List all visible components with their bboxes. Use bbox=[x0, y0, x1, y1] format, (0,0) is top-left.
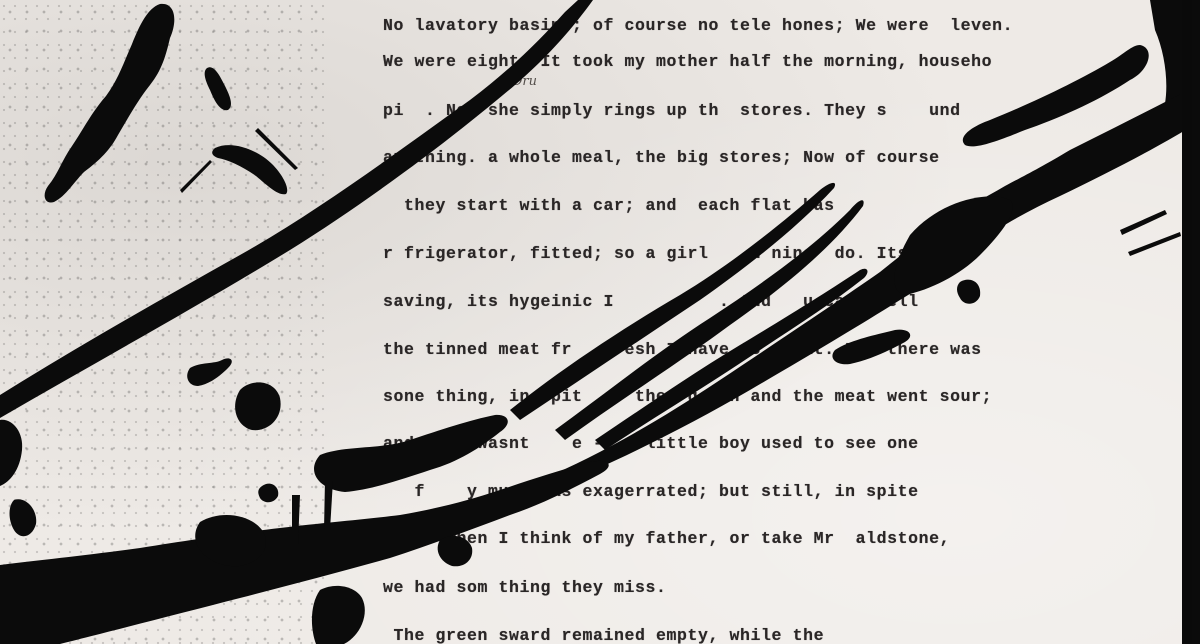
typescript-line-6: r frigerator, fitted; so a girl n nine d… bbox=[383, 244, 982, 263]
typescript-line-14: The green sward remained empty, while th… bbox=[383, 626, 824, 644]
typescript-line-8: the tinned meat fr fresh I have to admit… bbox=[383, 340, 982, 359]
ink-scratch-right-2 bbox=[1128, 232, 1181, 256]
typescript-line-2: We were eight. It took my mother half th… bbox=[383, 52, 992, 71]
typescript-line-11: f y much was exagerrated; but still, in … bbox=[383, 482, 919, 501]
typescript-line-5: they start with a car; and each flat has bbox=[383, 196, 835, 215]
typescript-line-10: and it wasnt e -- a little boy used to s… bbox=[383, 434, 919, 453]
typescript-line-12: when I think of my father, or take Mr al… bbox=[383, 529, 950, 548]
page-edge-shadow bbox=[1182, 0, 1192, 644]
typescript-line-1: No lavatory basins; of course no tele ho… bbox=[383, 16, 1013, 35]
handwritten-insertion: Dru bbox=[512, 74, 537, 89]
paper-speckle-texture bbox=[0, 0, 330, 644]
ink-scratch-right-1 bbox=[1120, 210, 1167, 235]
typescript-line-4: anything. a whole meal, the big stores; … bbox=[383, 148, 940, 167]
typescript-line-3: pi . Now she simply rings up th stores. … bbox=[383, 101, 961, 120]
manuscript-page: No lavatory basins; of course no tele ho… bbox=[0, 0, 1192, 644]
typescript-line-9: sone thing, in spit of the g; oh and the… bbox=[383, 387, 992, 406]
typescript-text-block: No lavatory basins; of course no tele ho… bbox=[380, 0, 1100, 644]
typescript-line-13: we had som thing they miss. bbox=[383, 578, 667, 597]
typescript-line-7: saving, its hygeinic I . And u cant tell bbox=[383, 292, 919, 311]
